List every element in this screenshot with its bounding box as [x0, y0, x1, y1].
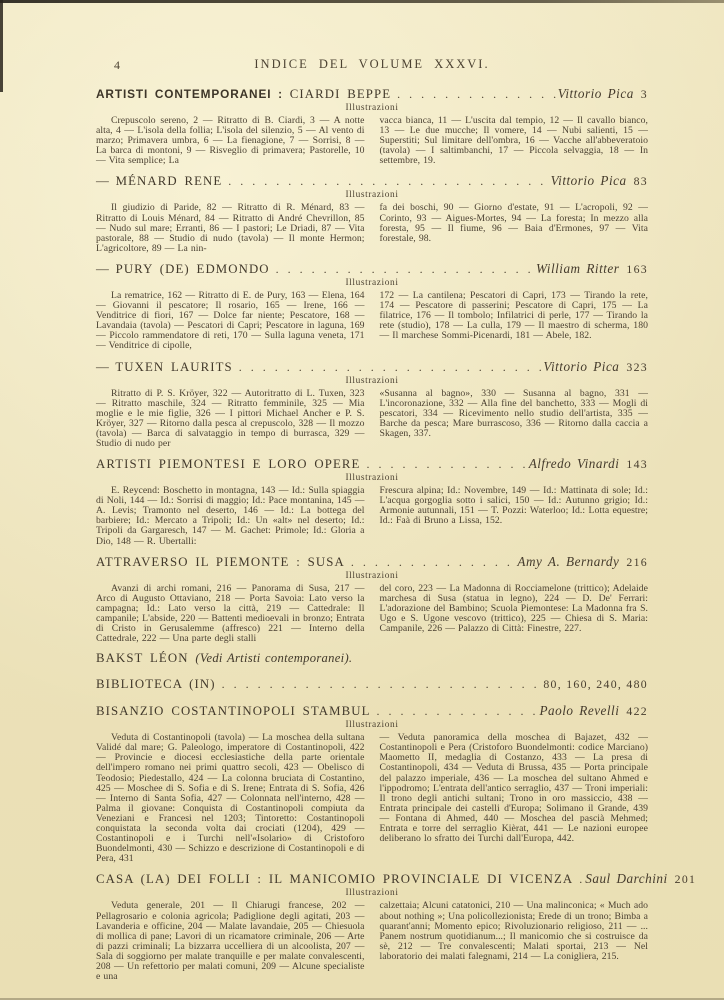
entry-title: BISANZIO COSTANTINOPOLI STAMBUL [96, 704, 371, 719]
dot-leader: . . . . . . . . . . . . . . . . . . . . … [216, 677, 537, 692]
illustrations-label: Illustrazioni [96, 278, 648, 289]
entry-heading: CASA (LA) DEI FOLLI : IL MANICOMIO PROVI… [96, 871, 648, 887]
entry-title: — TUXEN LAURITS [96, 360, 233, 375]
illustrations-columns: E. Reycend: Boschetto in montagna, 143 —… [96, 486, 648, 547]
illustrations-label: Illustrazioni [96, 376, 648, 387]
illustrations-label: Illustrazioni [96, 103, 648, 114]
page-content: 4 INDICE DEL VOLUME XXXVI. ARTISTI CONTE… [96, 56, 648, 989]
index-entry: ARTISTI PIEMONTESI E LORO OPERE . . . . … [96, 456, 648, 547]
dot-leader: . . . . . . . . . . . . . . . . . . . . … [573, 872, 585, 887]
index-entry: CASA (LA) DEI FOLLI : IL MANICOMIO PROVI… [96, 871, 648, 982]
illustrations-columns: Avanzi di archi romani, 216 — Panorama d… [96, 584, 648, 645]
running-title: INDICE DEL VOLUME XXXVI. [254, 57, 489, 71]
dot-leader: . . . . . . . . . . . . . . . . . . . . … [345, 555, 518, 570]
illustrations-right-column: Frescura alpina; Id.: Novembre, 149 — Id… [380, 486, 649, 547]
entry-page-number: 201 [675, 872, 697, 887]
illustrations-left-column: Crepuscolo sereno, 2 — Ritratto di B. Ci… [96, 116, 365, 166]
illustrations-left-column: Il giudizio di Paride, 82 — Ritratto di … [96, 203, 365, 253]
entry-author: Alfredo Vinardi [529, 456, 620, 471]
illustrations-columns: Veduta generale, 201 — Il Chiarugi franc… [96, 901, 648, 982]
illustrations-left-column: Avanzi di archi romani, 216 — Panorama d… [96, 584, 365, 645]
entry-subtitle: ARTISTI PIEMONTESI E LORO OPERE [96, 457, 360, 471]
entry-subtitle: TUXEN LAURITS [115, 360, 232, 374]
page-header: 4 INDICE DEL VOLUME XXXVI. [96, 56, 648, 72]
entry-title: — PURY (DE) EDMONDO [96, 262, 270, 277]
illustrations-columns: La rematrice, 162 — Ritratto di E. de Pu… [96, 291, 648, 352]
folio-number: 4 [114, 57, 120, 73]
illustrations-right-column: calzettaia; Alcuni catatonici, 210 — Una… [380, 901, 649, 982]
illustrations-label: Illustrazioni [96, 720, 648, 731]
entry-subtitle: BAKST LÉON [96, 651, 189, 665]
illustrations-right-column: vacca bianca, 11 — L'uscita dal tempio, … [380, 116, 649, 166]
entry-title: — MÉNARD RENE [96, 174, 222, 189]
illustrations-label: Illustrazioni [96, 473, 648, 484]
entry-dash: — [96, 262, 109, 276]
entry-dash: — [96, 174, 109, 188]
entry-subtitle: CIARDI BEPPE [290, 87, 391, 101]
index-entry: ATTRAVERSO IL PIEMONTE : SUSA . . . . . … [96, 554, 648, 645]
illustrations-left-column: Veduta di Costantinopoli (tavola) — La m… [96, 733, 365, 864]
entry-page-number: 216 [626, 555, 648, 570]
illustrations-left-column: Veduta generale, 201 — Il Chiarugi franc… [96, 901, 365, 982]
illustrations-columns: Crepuscolo sereno, 2 — Ritratto di B. Ci… [96, 116, 648, 166]
entry-author: Vittorio Pica [543, 359, 619, 374]
index-entry: — MÉNARD RENE . . . . . . . . . . . . . … [96, 173, 648, 253]
illustrations-label: Illustrazioni [96, 888, 648, 899]
entry-title: ARTISTI PIEMONTESI E LORO OPERE [96, 457, 360, 472]
dot-leader: . . . . . . . . . . . . . . . . . . . . … [233, 360, 544, 375]
entry-keyword: ARTISTI CONTEMPORANEI : [96, 87, 283, 101]
illustrations-right-column: «Susanna al bagno», 330 — Susanna al bag… [380, 389, 649, 450]
entry-heading: BIBLIOTECA (IN) . . . . . . . . . . . . … [96, 677, 648, 692]
entry-title: BAKST LÉON (Vedi Artisti contemporanei). [96, 651, 352, 666]
entry-subtitle: MÉNARD RENE [116, 174, 223, 188]
index-entry: BISANZIO COSTANTINOPOLI STAMBUL . . . . … [96, 703, 648, 864]
dot-leader: . . . . . . . . . . . . . . . . . . . . … [360, 457, 528, 472]
entry-page-number: 323 [626, 360, 648, 375]
entry-heading: BAKST LÉON (Vedi Artisti contemporanei). [96, 651, 648, 666]
dot-leader: . . . . . . . . . . . . . . . . . . . . … [391, 87, 558, 102]
entry-author: Amy A. Bernardy [517, 554, 619, 569]
illustrations-columns: Veduta di Costantinopoli (tavola) — La m… [96, 733, 648, 864]
entry-heading: ATTRAVERSO IL PIEMONTE : SUSA . . . . . … [96, 554, 648, 570]
entry-heading: ARTISTI CONTEMPORANEI : CIARDI BEPPE . .… [96, 86, 648, 102]
entry-title: ARTISTI CONTEMPORANEI : CIARDI BEPPE [96, 87, 391, 102]
entry-page-number: 3 [641, 87, 648, 102]
entry-page-number: 143 [626, 457, 648, 472]
illustrations-right-column: — Veduta panoramica della moschea di Baj… [380, 733, 649, 864]
entry-subtitle: CASA (LA) DEI FOLLI : IL MANICOMIO PROVI… [96, 872, 573, 886]
illustrations-left-column: La rematrice, 162 — Ritratto di E. de Pu… [96, 291, 365, 352]
index-entry: ARTISTI CONTEMPORANEI : CIARDI BEPPE . .… [96, 86, 648, 166]
index-entry: — PURY (DE) EDMONDO . . . . . . . . . . … [96, 261, 648, 352]
entry-page-number: 83 [634, 174, 648, 189]
entry-heading: BISANZIO COSTANTINOPOLI STAMBUL . . . . … [96, 703, 648, 719]
entry-page-number: 422 [626, 704, 648, 719]
scan-top-edge [0, 0, 724, 3]
illustrations-left-column: E. Reycend: Boschetto in montagna, 143 —… [96, 486, 365, 547]
dot-leader: . . . . . . . . . . . . . . . . . . . . … [371, 704, 540, 719]
index-entry: BIBLIOTECA (IN) . . . . . . . . . . . . … [96, 677, 648, 692]
entry-heading: — TUXEN LAURITS . . . . . . . . . . . . … [96, 359, 648, 375]
index-entry: — TUXEN LAURITS . . . . . . . . . . . . … [96, 359, 648, 450]
illustrations-right-column: 172 — La cantilena; Pescatori di Capri, … [380, 291, 649, 352]
illustrations-label: Illustrazioni [96, 571, 648, 582]
entry-dash: — [96, 360, 109, 374]
illustrations-columns: Ritratto di P. S. Kröyer, 322 — Autoritr… [96, 389, 648, 450]
illustrations-left-column: Ritratto di P. S. Kröyer, 322 — Autoritr… [96, 389, 365, 450]
dot-leader: . . . . . . . . . . . . . . . . . . . . … [222, 174, 550, 189]
illustrations-right-column: del coro, 223 — La Madonna di Rocciamelo… [380, 584, 649, 645]
scan-left-edge [0, 0, 3, 92]
entry-subtitle: PURY (DE) EDMONDO [116, 262, 270, 276]
entry-heading: — PURY (DE) EDMONDO . . . . . . . . . . … [96, 261, 648, 277]
illustrations-columns: Il giudizio di Paride, 82 — Ritratto di … [96, 203, 648, 253]
entry-author: Vittorio Pica [558, 86, 634, 101]
entry-author: Vittorio Pica [551, 173, 627, 188]
entry-title: ATTRAVERSO IL PIEMONTE : SUSA [96, 555, 345, 570]
entry-title: CASA (LA) DEI FOLLI : IL MANICOMIO PROVI… [96, 872, 573, 887]
index-entry: BAKST LÉON (Vedi Artisti contemporanei). [96, 651, 648, 666]
entry-heading: — MÉNARD RENE . . . . . . . . . . . . . … [96, 173, 648, 189]
illustrations-label: Illustrazioni [96, 190, 648, 201]
entry-author: William Ritter [536, 261, 619, 276]
illustrations-right-column: fa dei boschi, 90 — Giorno d'estate, 91 … [380, 203, 649, 253]
entry-heading: ARTISTI PIEMONTESI E LORO OPERE . . . . … [96, 456, 648, 472]
entry-cross-reference: (Vedi Artisti contemporanei). [195, 651, 352, 665]
entry-subtitle: BISANZIO COSTANTINOPOLI STAMBUL [96, 704, 371, 718]
entry-subtitle: BIBLIOTECA (IN) [96, 677, 216, 691]
entry-page-number: 80, 160, 240, 480 [543, 677, 648, 692]
entry-subtitle: ATTRAVERSO IL PIEMONTE : SUSA [96, 555, 345, 569]
entry-title: BIBLIOTECA (IN) [96, 677, 216, 692]
entry-author: Paolo Revelli [539, 703, 619, 718]
entry-author: Saul Darchini [585, 871, 667, 886]
entry-page-number: 163 [626, 262, 648, 277]
dot-leader: . . . . . . . . . . . . . . . . . . . . … [270, 262, 536, 277]
